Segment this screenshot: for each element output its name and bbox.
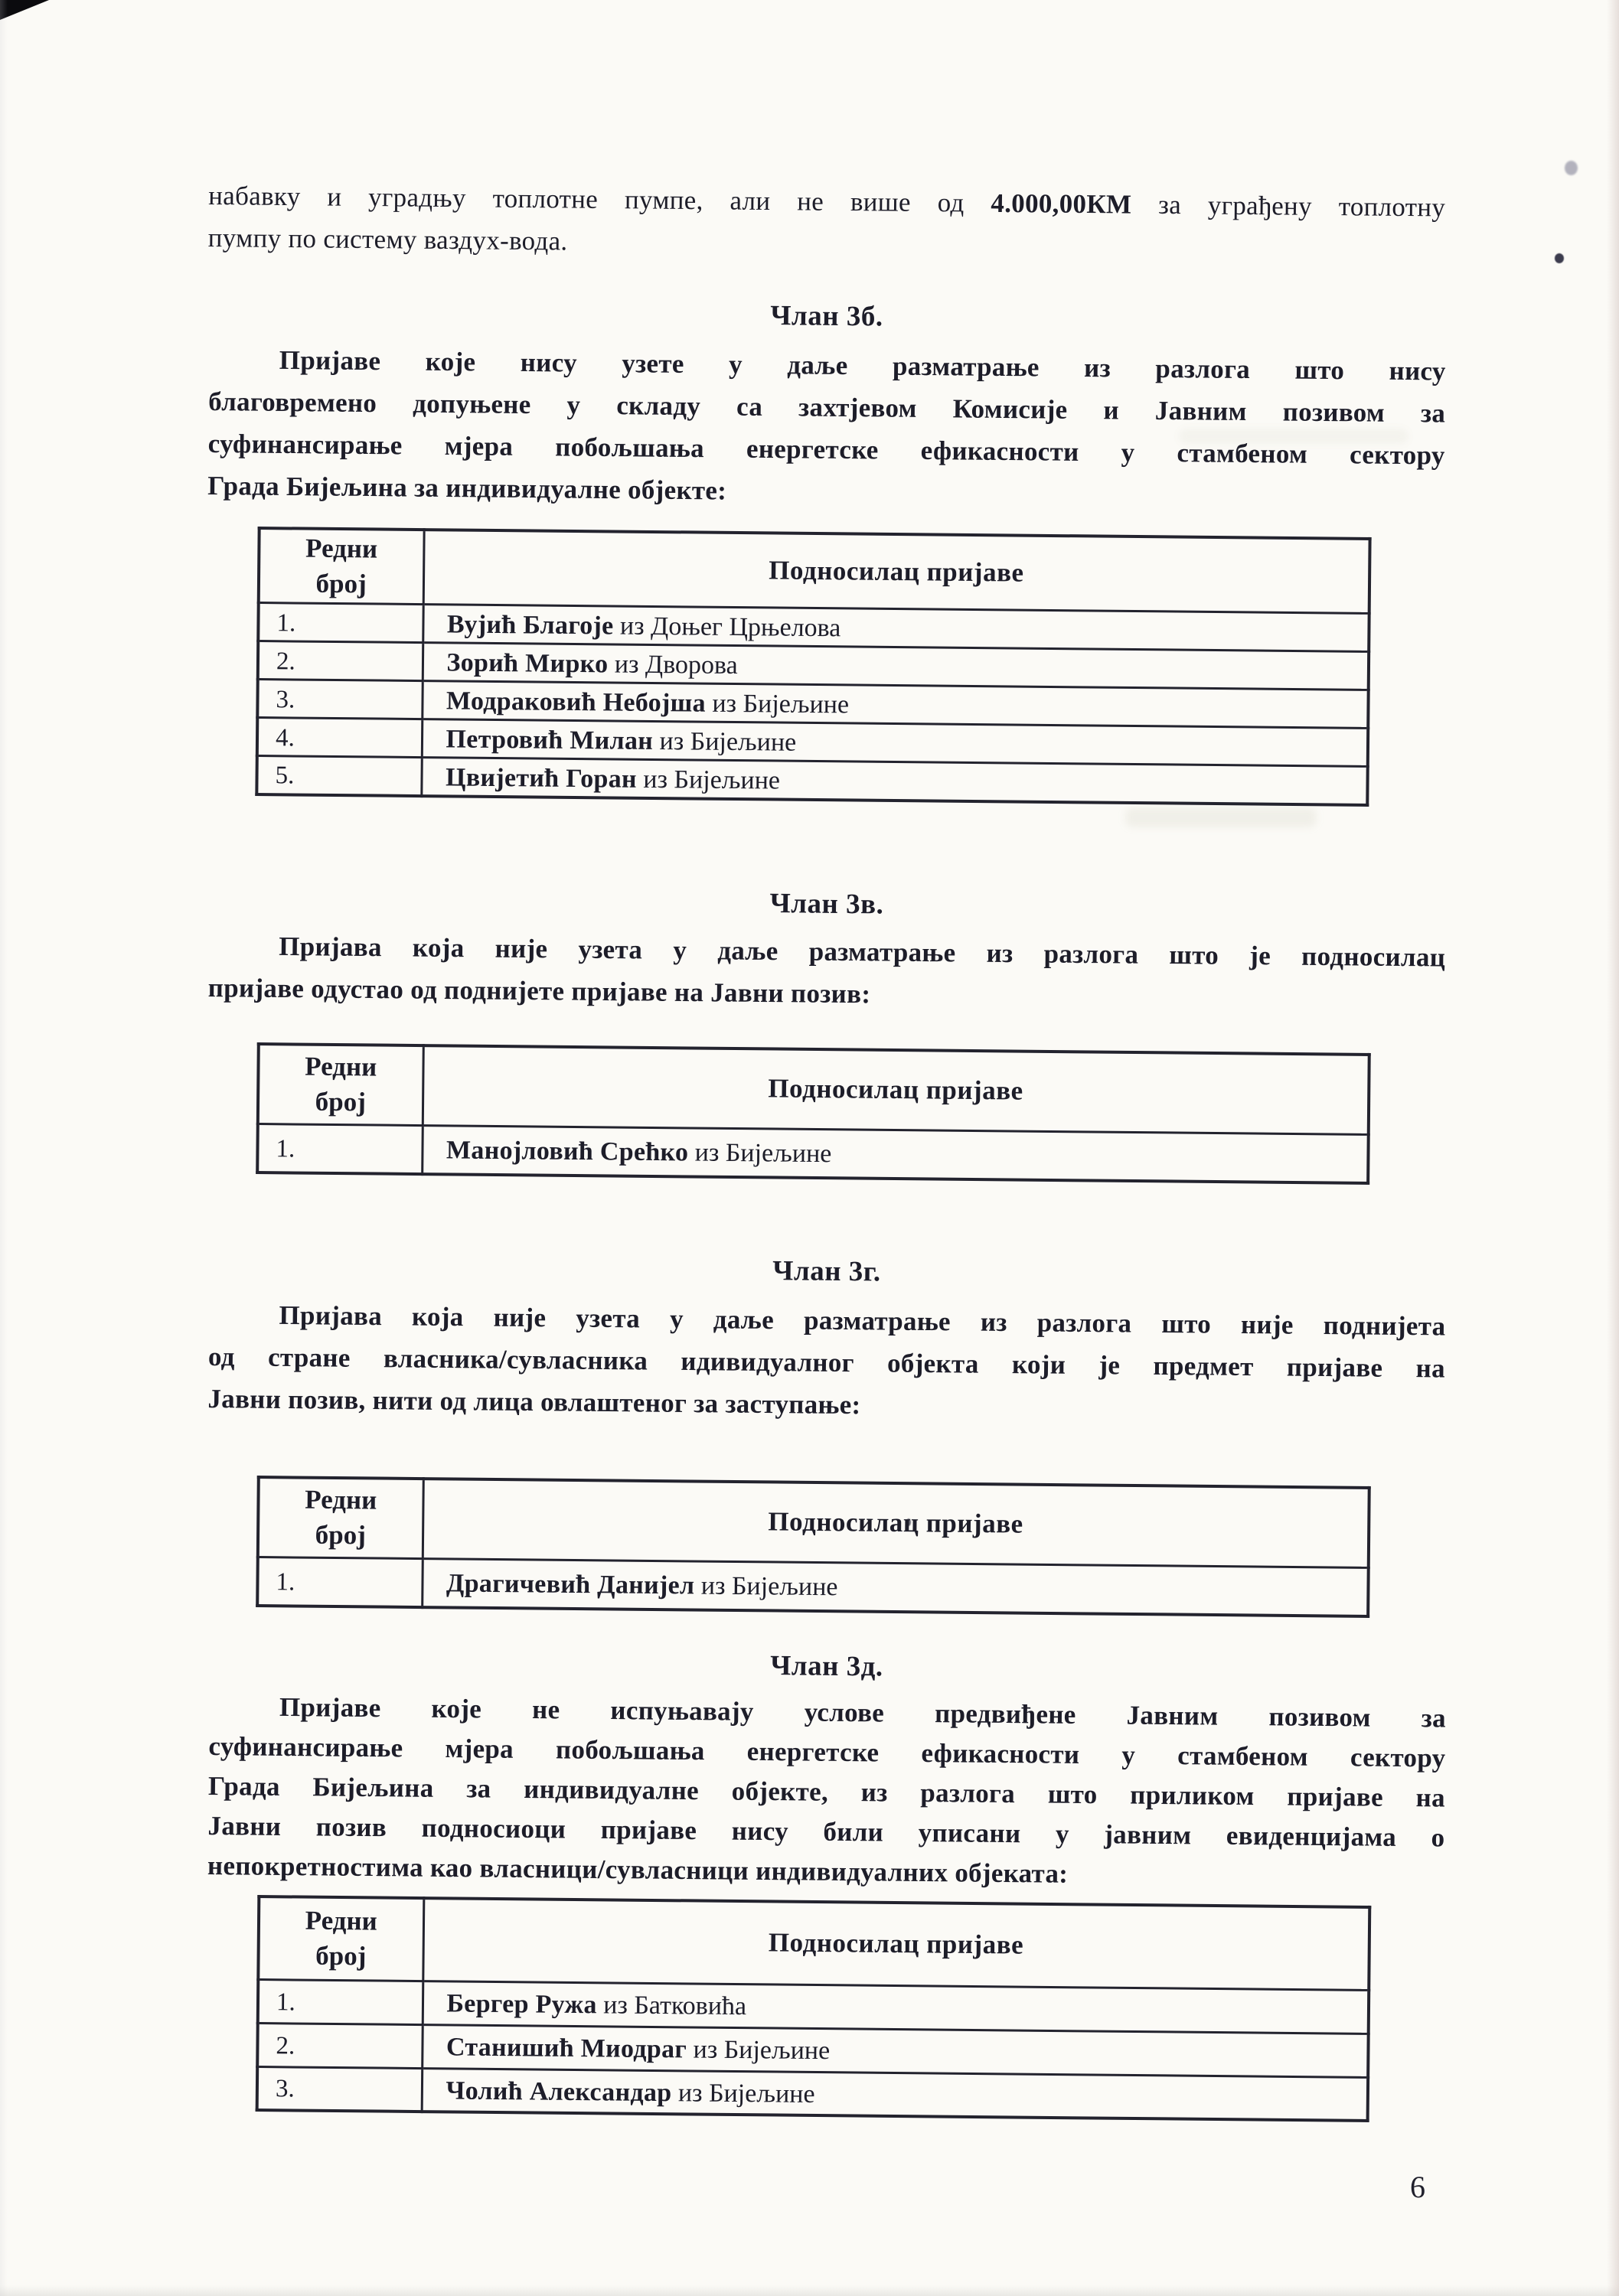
applicants-table-clan-3g: Редниброј Подносилац пријаве 1.Драгичеви… [256, 1476, 1371, 1618]
col-header-podnosilac: Подносилац пријаве [423, 1045, 1369, 1134]
scan-corner-artifact [0, 0, 49, 20]
row-number: 2. [257, 2023, 423, 2068]
applicant-cell: Чолић Александар из Бијељине [422, 2068, 1368, 2121]
applicant-origin: из Доњег Црњелова [613, 612, 841, 642]
section-paragraph-clan-3d: Пријаве које не испуњавају услове предви… [207, 1687, 1446, 1898]
applicant-name: Петровић Милан [446, 725, 653, 755]
header-line: број [315, 1520, 366, 1551]
table-row: 1.Драгичевић Данијел из Бијељине [257, 1557, 1369, 1616]
section-paragraph-clan-3g: Пријава која није узета у даље разматрањ… [207, 1293, 1446, 1432]
section-paragraph-clan-3b: Пријаве које нису узете у даље разматрањ… [207, 338, 1446, 519]
applicants-table-clan-3b: Редниброј Подносилац пријаве 1.Вујић Бла… [255, 527, 1371, 806]
applicant-origin: из Бијељине [637, 765, 780, 795]
header-line: Редни [305, 1052, 377, 1082]
section-heading-clan-3g: Члан 3г. [208, 1249, 1445, 1294]
intro-text: за уграђену топлотну [1131, 190, 1445, 223]
applicant-name: Зорић Мирко [446, 648, 608, 678]
section-heading-clan-3d: Члан 3д. [208, 1644, 1445, 1689]
row-number: 4. [257, 718, 422, 758]
table-header-row: Редниброј Подносилац пријаве [258, 1896, 1369, 1990]
row-number: 1. [258, 1979, 423, 2024]
col-header-podnosilac: Подносилац пријаве [423, 530, 1370, 613]
applicant-origin: из Бијељине [694, 1572, 837, 1602]
row-number: 1. [257, 1557, 423, 1607]
applicant-name: Вујић Благоје [447, 610, 614, 640]
table-header-row: Редниброј Подносилац пријаве [258, 1044, 1369, 1134]
table-header-row: Редниброј Подносилац пријаве [258, 1477, 1369, 1567]
row-number: 1. [258, 603, 423, 643]
section-paragraph-clan-3v: Пријава која није узета у даље разматрањ… [207, 925, 1445, 1021]
col-header-podnosilac: Подносилац пријаве [423, 1898, 1369, 1990]
applicant-origin: из Батковића [597, 1991, 747, 2020]
col-header-podnosilac: Подносилац пријаве [423, 1479, 1369, 1567]
applicant-name: Бергер Ружа [446, 1989, 597, 2019]
applicant-name: Модраковић Небојша [446, 687, 706, 717]
header-line: Редни [305, 1485, 377, 1515]
table-row: 1.Манојловић Срећко из Бијељине [257, 1124, 1369, 1183]
header-line: број [315, 569, 366, 599]
applicant-cell: Цвијетић Горан из Бијељине [421, 758, 1367, 805]
applicant-name: Чолић Александар [446, 2076, 671, 2107]
scanned-document-page: набавку и уградњу топлотне пумпе, али не… [0, 0, 1619, 2296]
applicant-origin: из Бијељине [687, 2035, 830, 2065]
header-line: број [315, 1087, 366, 1117]
header-line: Редни [305, 533, 377, 564]
applicant-origin: из Бијељине [653, 727, 796, 757]
ink-speck [1565, 161, 1578, 175]
amount-highlight: 4.000,00КМ [991, 188, 1131, 220]
applicant-origin: из Бијељине [706, 690, 849, 719]
applicant-origin: из Бијељине [671, 2079, 814, 2108]
applicant-name: Драгичевић Данијел [446, 1570, 695, 1600]
scan-smudge [1125, 807, 1317, 827]
header-line: Редни [305, 1906, 377, 1936]
applicant-origin: из Бијељине [688, 1139, 831, 1169]
section-heading-clan-3v: Члан 3в. [208, 882, 1445, 927]
intro-text: набавку и уградњу топлотне пумпе, али не… [208, 181, 991, 218]
applicants-table-clan-3d: Редниброј Подносилац пријаве 1.Бергер Ру… [256, 1895, 1372, 2122]
row-number: 3. [257, 680, 422, 719]
col-header-redni-broj: Редниброј [258, 1477, 423, 1558]
applicants-table-clan-3v: Редниброј Подносилац пријаве 1.Манојлови… [256, 1042, 1371, 1185]
row-number: 3. [257, 2066, 423, 2112]
ink-speck [1555, 253, 1564, 263]
row-number: 5. [256, 756, 421, 796]
page-number: 6 [1410, 2169, 1425, 2205]
row-number: 2. [258, 641, 423, 681]
col-header-redni-broj: Редниброј [258, 1044, 423, 1125]
applicant-name: Цвијетић Горан [446, 763, 637, 793]
applicant-name: Манојловић Срећко [446, 1137, 689, 1167]
header-line: број [315, 1941, 366, 1971]
col-header-redni-broj: Редниброј [259, 528, 424, 605]
applicant-cell: Манојловић Срећко из Бијељине [422, 1125, 1369, 1183]
row-number: 1. [257, 1124, 423, 1174]
applicant-cell: Драгичевић Данијел из Бијељине [422, 1558, 1369, 1616]
section-heading-clan-3b: Члан 3б. [208, 294, 1445, 339]
table-header-row: Редниброј Подносилац пријаве [259, 528, 1370, 613]
applicant-name: Станишић Миодраг [446, 2033, 687, 2063]
intro-paragraph: набавку и уградњу топлотне пумпе, али не… [207, 174, 1445, 271]
col-header-redni-broj: Редниброј [258, 1896, 423, 1981]
applicant-origin: из Дворова [608, 650, 738, 680]
